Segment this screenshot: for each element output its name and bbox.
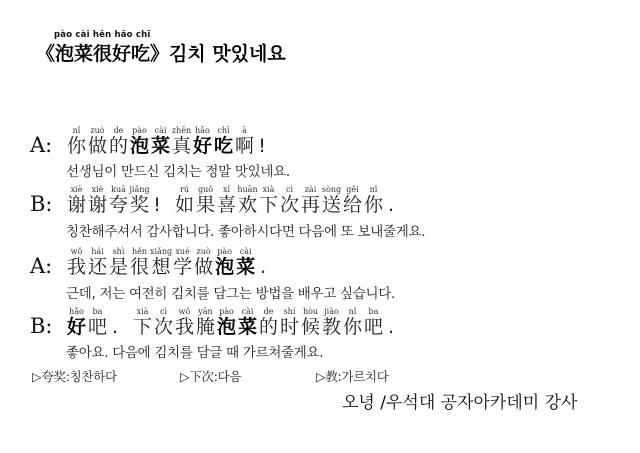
- hanzi: 次: [153, 316, 174, 338]
- hanzi: 奖: [129, 194, 150, 216]
- hanzi-with-pinyin: xiè谢: [66, 185, 87, 216]
- pinyin: cài: [242, 307, 254, 316]
- hanzi-with-pinyin: pào泡: [216, 307, 237, 338]
- hanzi: 谢: [87, 194, 108, 216]
- hanzi-with-pinyin: hěn很: [129, 247, 150, 278]
- pinyin: shí: [284, 307, 296, 316]
- hanzi: 菜: [150, 135, 171, 157]
- pinyin: xiè: [71, 185, 83, 194]
- pinyin: jiào: [324, 307, 339, 316]
- hanzi: .: [384, 194, 398, 216]
- pinyin: nǐ: [73, 126, 81, 135]
- hanzi: 学: [172, 256, 193, 278]
- speaker-label: B:: [30, 192, 66, 216]
- hanzi-with-pinyin: cài菜: [235, 247, 256, 278]
- hanzi-with-pinyin: pào泡: [214, 247, 235, 278]
- hanzi: 的: [258, 316, 279, 338]
- pinyin: chī: [217, 126, 229, 135]
- pinyin: wǒ: [71, 247, 83, 256]
- pinyin: hǎo: [195, 126, 210, 135]
- hanzi-with-pinyin: hái还: [87, 247, 108, 278]
- pinyin: xià: [263, 185, 275, 194]
- hanzi-with-pinyin: xiǎng想: [150, 247, 172, 278]
- pinyin: hòu: [303, 307, 318, 316]
- hanzi: 泡: [214, 256, 235, 278]
- hanzi: !: [255, 135, 269, 157]
- hanzi: .: [256, 256, 270, 278]
- vocab-item-1: ▷夸奖:칭찬하다: [32, 367, 117, 385]
- hanzi-with-pinyin: huān欢: [237, 185, 258, 216]
- hanzi: 泡: [216, 316, 237, 338]
- pinyin: nǐ: [370, 185, 378, 194]
- hanzi-with-pinyin: cì次: [279, 185, 300, 216]
- hanzi-with-pinyin: [164, 207, 174, 216]
- pinyin: ba: [369, 307, 379, 316]
- hanzi: 下: [132, 316, 153, 338]
- hanzi-with-pinyin: wǒ我: [66, 247, 87, 278]
- hanzi-with-pinyin: xiè谢: [87, 185, 108, 216]
- hanzi-with-pinyin: de的: [108, 126, 129, 157]
- hanzi: 夸: [108, 194, 129, 216]
- hanzi: 吧: [363, 316, 384, 338]
- dialogue-line-3: A:wǒ我hái还shì是hěn很xiǎng想xué学zuò做pào泡cài菜.: [30, 247, 270, 278]
- hanzi: 做: [87, 135, 108, 157]
- hanzi-with-pinyin: [122, 329, 132, 338]
- hanzi: 谢: [66, 194, 87, 216]
- hanzi-with-pinyin: .: [108, 307, 122, 338]
- pinyin: zài: [305, 185, 317, 194]
- speaker-label: B:: [30, 314, 66, 338]
- hanzi: 再: [300, 194, 321, 216]
- hanzi-with-pinyin: xià下: [258, 185, 279, 216]
- pinyin: wǒ: [179, 307, 191, 316]
- hanzi: 腌: [195, 316, 216, 338]
- pinyin: jiǎng: [129, 185, 149, 194]
- pinyin: xiǎng: [150, 247, 172, 256]
- hanzi-with-pinyin: zài再: [300, 185, 321, 216]
- hanzi: !: [150, 194, 164, 216]
- hanzi: 下: [258, 194, 279, 216]
- pinyin: xiè: [92, 185, 104, 194]
- vocab-item-2: ▷下次:다음: [180, 367, 241, 385]
- dialogue-line-4: B:hǎo好ba吧. xià下cì次wǒ我yān腌pào泡cài菜de的shí时…: [30, 307, 398, 338]
- pinyin: cì: [286, 185, 293, 194]
- korean-translation-1: 선생님이 만드신 김치는 정말 맛있네요.: [66, 160, 290, 180]
- hanzi-with-pinyin: guǒ果: [195, 185, 216, 216]
- pinyin: zuò: [197, 247, 211, 256]
- hanzi-with-pinyin: kuā夸: [108, 185, 129, 216]
- hanzi: 教: [321, 316, 342, 338]
- speaker-label: A:: [30, 254, 66, 278]
- hanzi: 欢: [237, 194, 258, 216]
- hanzi-with-pinyin: shí时: [279, 307, 300, 338]
- hanzi-with-pinyin: pào泡: [129, 126, 150, 157]
- hanzi-with-pinyin: cài菜: [237, 307, 258, 338]
- hanzi: 很: [129, 256, 150, 278]
- hanzi: .: [108, 316, 122, 338]
- pinyin: zuò: [90, 126, 104, 135]
- korean-translation-3: 근데, 저는 여전히 김치를 담그는 방법을 배우고 싶습니다.: [66, 282, 395, 302]
- hanzi: 我: [174, 316, 195, 338]
- hanzi-with-pinyin: cài菜: [150, 126, 171, 157]
- hanzi-with-pinyin: !: [255, 126, 269, 157]
- pinyin: cì: [160, 307, 167, 316]
- hanzi-with-pinyin: shì是: [108, 247, 129, 278]
- hanzi-with-pinyin: nǐ你: [66, 126, 87, 157]
- hanzi-with-pinyin: .: [256, 247, 270, 278]
- hanzi: 吧: [87, 316, 108, 338]
- hanzi: 泡: [129, 135, 150, 157]
- hanzi: 真: [171, 135, 192, 157]
- hanzi: 做: [193, 256, 214, 278]
- triangle-right-icon: ▷: [180, 369, 189, 384]
- hanzi: .: [384, 316, 398, 338]
- hanzi-with-pinyin: jiào教: [321, 307, 342, 338]
- pinyin: pào: [132, 126, 147, 135]
- pinyin: hǎo: [69, 307, 84, 316]
- hanzi: 啊: [234, 135, 255, 157]
- hanzi-with-pinyin: .: [384, 185, 398, 216]
- hanzi-with-pinyin: gěi给: [342, 185, 363, 216]
- hanzi-with-pinyin: xué学: [172, 247, 193, 278]
- hanzi: 你: [363, 194, 384, 216]
- pinyin: de: [114, 126, 124, 135]
- korean-translation-4: 좋아요. 다음에 김치를 담글 때 가르쳐줄게요.: [66, 341, 323, 361]
- pinyin: kuā: [111, 185, 126, 194]
- hanzi: 想: [151, 256, 172, 278]
- pinyin: xǐ: [223, 185, 230, 194]
- pinyin: rú: [180, 185, 189, 194]
- hanzi-with-pinyin: hǎo好: [66, 307, 87, 338]
- pinyin: guǒ: [198, 185, 213, 194]
- pinyin: pào: [217, 247, 232, 256]
- hanzi: 吃: [213, 135, 234, 157]
- hanzi-with-pinyin: hǎo好: [192, 126, 213, 157]
- hanzi-with-pinyin: ba吧: [87, 307, 108, 338]
- hanzi: 送: [321, 194, 342, 216]
- hanzi-with-pinyin: zhēn真: [171, 126, 192, 157]
- hanzi-with-pinyin: nǐ你: [342, 307, 363, 338]
- hanzi-with-pinyin: yān腌: [195, 307, 216, 338]
- pinyin: shì: [113, 247, 125, 256]
- hanzi-with-pinyin: .: [384, 307, 398, 338]
- hanzi: 菜: [235, 256, 256, 278]
- hanzi-with-pinyin: xǐ喜: [216, 185, 237, 216]
- hanzi: 果: [195, 194, 216, 216]
- hanzi-with-pinyin: chī吃: [213, 126, 234, 157]
- pinyin: nǐ: [349, 307, 357, 316]
- korean-translation-2: 칭찬해주셔서 감사합니다. 좋아하시다면 다음에 또 보내줄게요.: [66, 220, 425, 240]
- hanzi-with-pinyin: sòng送: [321, 185, 342, 216]
- hanzi: 你: [66, 135, 87, 157]
- pinyin: ā: [242, 126, 247, 135]
- pinyin: cài: [240, 247, 252, 256]
- hanzi-with-pinyin: ba吧: [363, 307, 384, 338]
- vocab-item-3: ▷教:가르치다: [316, 367, 389, 385]
- hanzi-with-pinyin: !: [150, 185, 164, 216]
- speaker-label: A:: [30, 133, 66, 157]
- hanzi: 次: [279, 194, 300, 216]
- dialogue-line-1: A:nǐ你zuò做de的pào泡cài菜zhēn真hǎo好chī吃ā啊!: [30, 126, 269, 157]
- hanzi: 的: [108, 135, 129, 157]
- hanzi-with-pinyin: ā啊: [234, 126, 255, 157]
- triangle-right-icon: ▷: [316, 369, 325, 384]
- author-credit: 오녕 /우석대 공자아카데미 강사: [342, 388, 577, 413]
- hanzi: 你: [342, 316, 363, 338]
- pinyin: hěn: [132, 247, 147, 256]
- hanzi-with-pinyin: xià下: [132, 307, 153, 338]
- hanzi: 还: [87, 256, 108, 278]
- pinyin: de: [264, 307, 274, 316]
- triangle-right-icon: ▷: [32, 369, 41, 384]
- pinyin: hái: [91, 247, 103, 256]
- pinyin: gěi: [346, 185, 358, 194]
- pinyin: huān: [237, 185, 257, 194]
- pinyin: sòng: [322, 185, 341, 194]
- hanzi: 给: [342, 194, 363, 216]
- pinyin: zhēn: [172, 126, 191, 135]
- hanzi: 好: [66, 316, 87, 338]
- hanzi: 如: [174, 194, 195, 216]
- hanzi-with-pinyin: rú如: [174, 185, 195, 216]
- hanzi-with-pinyin: wǒ我: [174, 307, 195, 338]
- page-title: 《泡菜很好吃》김치 맛있네요: [36, 39, 286, 66]
- hanzi-with-pinyin: de的: [258, 307, 279, 338]
- hanzi-with-pinyin: jiǎng奖: [129, 185, 150, 216]
- hanzi: 时: [279, 316, 300, 338]
- hanzi-with-pinyin: zuò做: [193, 247, 214, 278]
- pinyin: cài: [155, 126, 167, 135]
- hanzi: 我: [66, 256, 87, 278]
- hanzi-with-pinyin: cì次: [153, 307, 174, 338]
- hanzi: 喜: [216, 194, 237, 216]
- pinyin: yān: [198, 307, 212, 316]
- hanzi-with-pinyin: hòu候: [300, 307, 321, 338]
- pinyin: pào: [219, 307, 234, 316]
- hanzi: 是: [108, 256, 129, 278]
- hanzi: 菜: [237, 316, 258, 338]
- dialogue-line-2: B:xiè谢xiè谢kuā夸jiǎng奖! rú如guǒ果xǐ喜huān欢xià…: [30, 185, 398, 216]
- hanzi-with-pinyin: zuò做: [87, 126, 108, 157]
- pinyin: ba: [93, 307, 103, 316]
- pinyin: xià: [137, 307, 149, 316]
- hanzi-with-pinyin: nǐ你: [363, 185, 384, 216]
- hanzi: 候: [300, 316, 321, 338]
- hanzi: 好: [192, 135, 213, 157]
- pinyin: xué: [175, 247, 189, 256]
